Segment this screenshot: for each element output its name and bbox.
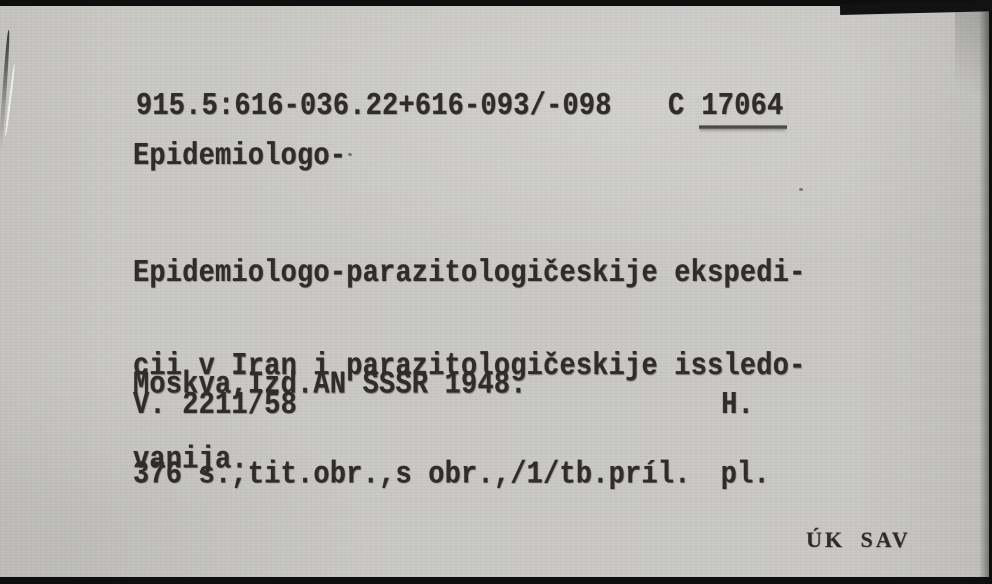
format-note: pl. <box>721 461 770 491</box>
library-stamp: ÚK SAV <box>806 527 911 553</box>
shelfmark: C17064 <box>668 92 787 129</box>
card-right-edge-shadow <box>979 6 989 577</box>
paper-speckle <box>799 188 803 191</box>
shelfmark-letter: C <box>668 90 684 125</box>
card-scan: 915.5:616-036.22+616-093/-098 C17064 Epi… <box>0 0 992 584</box>
signature-row: V. 2211/58 H. <box>133 391 754 422</box>
shelfmark-number: 17064 <box>699 92 787 129</box>
imprint-block: Moskva,Izd.AN SSSR 1948. 376 s.,tit.obr.… <box>133 311 770 550</box>
collation-line: 376 s.,tit.obr.,s obr.,/1/tb.príl.pl. <box>133 461 770 491</box>
title-line: Epidemiologo-parazitologičeskije ekspedi… <box>133 259 806 290</box>
collation-text: 376 s.,tit.obr.,s obr.,/1/tb.príl. <box>133 458 691 493</box>
paper-speckle <box>348 152 353 156</box>
classification-number: 915.5:616-036.22+616-093/-098 <box>136 92 612 123</box>
accession-number: V. 2211/58 <box>133 391 297 422</box>
catalog-card: 915.5:616-036.22+616-093/-098 C17064 Epi… <box>0 6 989 577</box>
cataloguer-initials: H. <box>721 391 754 422</box>
heading-entry: Epidemiologo- <box>133 142 346 173</box>
